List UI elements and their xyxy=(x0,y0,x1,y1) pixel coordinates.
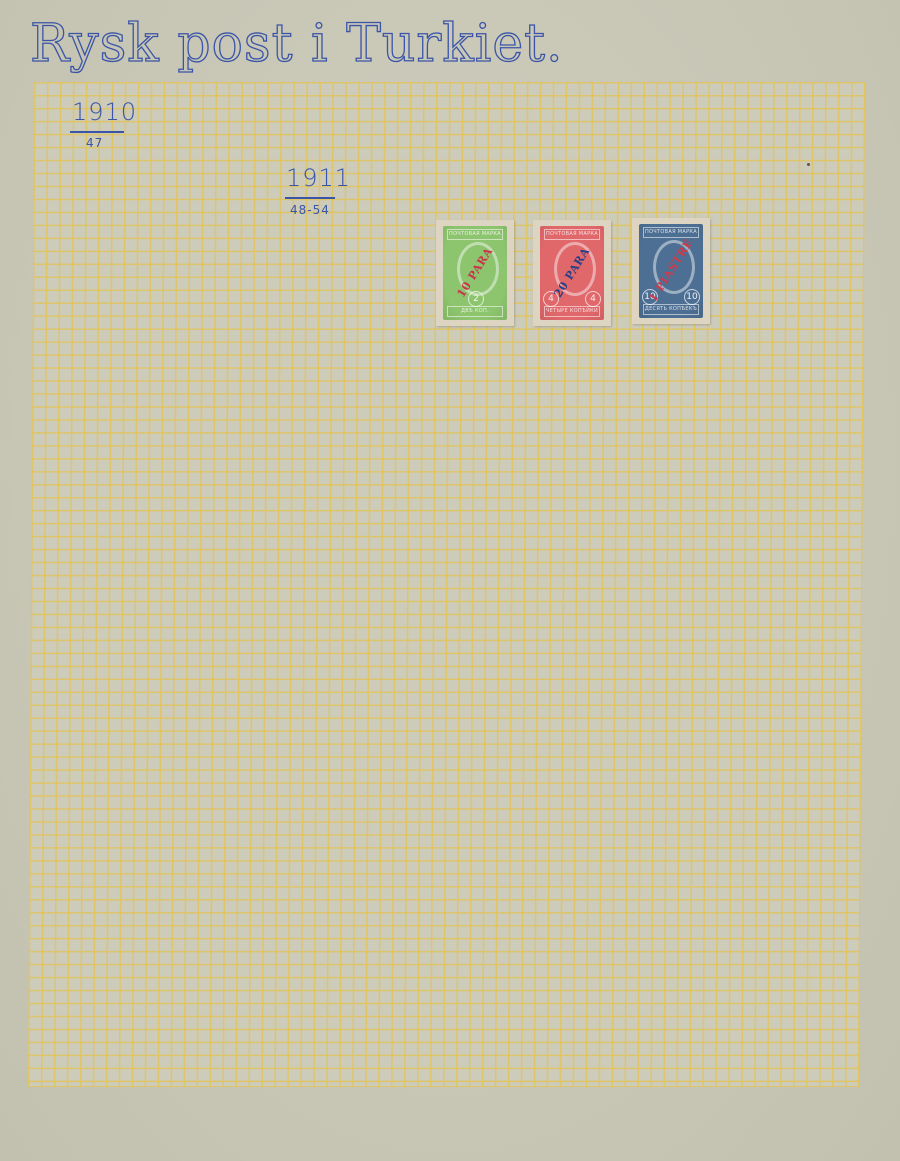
page-title: Rysk post i Turkiet. xyxy=(30,18,564,70)
section-divider-1910 xyxy=(70,131,124,133)
stamp-10-para-on-2-kop: ПОЧТОВАЯ МАРКА 2 ДВѢ КОП. 10 PARA xyxy=(436,220,514,326)
stamp-value: 2 xyxy=(468,291,484,307)
section-year-1911: 1911 xyxy=(286,164,351,192)
stamp-design: ПОЧТОВАЯ МАРКА 10 10 ДЕСЯТЬ КОПѢЕКЪ 1 PI… xyxy=(639,224,703,318)
stamp-value-right: 4 xyxy=(585,291,601,307)
section-year-1910: 1910 xyxy=(72,98,137,126)
stamp-value-right: 10 xyxy=(684,289,700,305)
stamp-design: ПОЧТОВАЯ МАРКА 2 ДВѢ КОП. 10 PARA xyxy=(443,226,507,320)
stamp-1-piastre-on-10-kop: ПОЧТОВАЯ МАРКА 10 10 ДЕСЯТЬ КОПѢЕКЪ 1 PI… xyxy=(632,218,710,324)
catalogue-number-1910: 47 xyxy=(86,136,103,150)
paper-speck xyxy=(807,163,810,166)
album-page: Rysk post i Turkiet. 1910 47 1911 48-54 … xyxy=(0,0,900,1161)
stamp-20-para-on-4-kop: ПОЧТОВАЯ МАРКА 4 4 ЧЕТЫРЕ КОПѢЙКИ 20 PAR… xyxy=(533,220,611,326)
catalogue-number-1911: 48-54 xyxy=(290,203,330,217)
section-divider-1911 xyxy=(285,197,335,199)
stamp-design: ПОЧТОВАЯ МАРКА 4 4 ЧЕТЫРЕ КОПѢЙКИ 20 PAR… xyxy=(540,226,604,320)
